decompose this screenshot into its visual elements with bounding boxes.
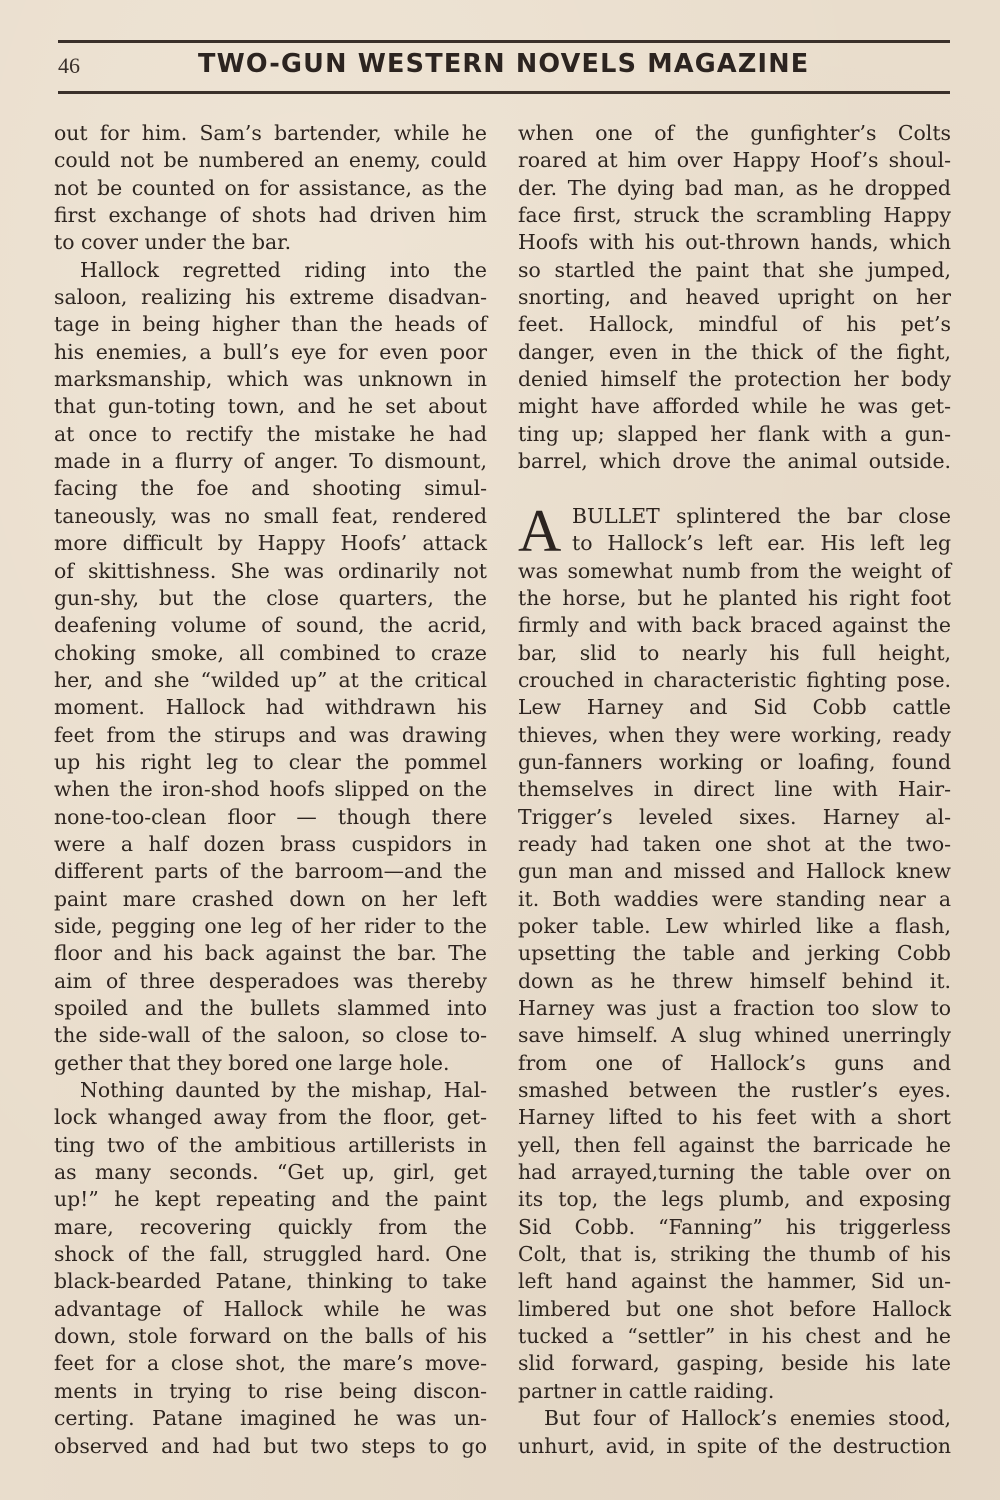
text-line: Colt, that is, striking the thumb of his <box>518 1241 951 1268</box>
text-line: smashed between the rustler’s eyes. <box>518 1077 951 1104</box>
text-line: the horse, but he planted his right foot <box>518 585 951 612</box>
text-line: barrel, which drove the animal outside. <box>518 448 951 475</box>
text-line: saloon, realizing his extreme disadvan- <box>54 284 487 311</box>
text-line: moment. Hallock had withdrawn his <box>54 694 487 721</box>
text-line: Trigger’s leveled sixes. Harney al- <box>518 804 951 831</box>
text-line: slid forward, gasping, beside his late <box>518 1350 951 1377</box>
text-line: yell, then fell against the barricade he <box>518 1132 951 1159</box>
text-line: upsetting the table and jerking Cobb <box>518 940 951 967</box>
text-line: at once to rectify the mistake he had <box>54 421 487 448</box>
page-number: 46 <box>58 53 80 79</box>
text-line: taneously, was no small feat, rendered <box>54 503 487 530</box>
text-line: to Hallock’s left ear. His left leg <box>518 530 951 557</box>
text-line: feet from the stirups and was drawing <box>54 722 487 749</box>
text-line: gun-shy, but the close quarters, the <box>54 585 487 612</box>
left-column: out for him. Sam’s bartender, while he c… <box>54 120 487 1460</box>
text-line: themselves in direct line with Hair- <box>518 776 951 803</box>
text-line: could not be numbered an enemy, could <box>54 147 487 174</box>
text-line: so startled the paint that she jumped, <box>518 257 951 284</box>
text-line: of skittishness. She was ordinarily not <box>54 558 487 585</box>
text-line: unhurt, avid, in spite of the destructio… <box>518 1433 951 1460</box>
text-line: snorting, and heaved upright on her <box>518 284 951 311</box>
text-line: tage in being higher than the heads of <box>54 311 487 338</box>
text-line: paint mare crashed down on her left <box>54 886 487 913</box>
text-line: gether that they bored one large hole. <box>54 1050 487 1077</box>
text-line: up!” he kept repeating and the paint <box>54 1186 487 1213</box>
text-line: feet for a close shot, the mare’s move- <box>54 1350 487 1377</box>
text-line: side, pegging one leg of her rider to th… <box>54 913 487 940</box>
text-line: black-bearded Patane, thinking to take <box>54 1268 487 1295</box>
text-line: spoiled and the bullets slammed into <box>54 995 487 1022</box>
header-bottom-rule <box>58 91 950 94</box>
text-line: floor and his back against the bar. The <box>54 940 487 967</box>
text-line: crouched in characteristic fighting pose… <box>518 667 951 694</box>
text-line: deafening volume of sound, the acrid, <box>54 612 487 639</box>
magazine-title: TWO-GUN WESTERN NOVELS MAGAZINE <box>198 49 809 79</box>
text-line: first exchange of shots had driven him <box>54 202 487 229</box>
text-line: its top, the legs plumb, and exposing <box>518 1186 951 1213</box>
text-line: mare, recovering quickly from the <box>54 1214 487 1241</box>
text-line: was somewhat numb from the weight of <box>518 558 951 585</box>
text-line: his enemies, a bull’s eye for even poor <box>54 339 487 366</box>
text-line: when the iron-shod hoofs slipped on the <box>54 776 487 803</box>
running-header: 46 TWO-GUN WESTERN NOVELS MAGAZINE <box>58 47 950 87</box>
text-line: facing the foe and shooting simul- <box>54 475 487 502</box>
text-line: were a half dozen brass cuspidors in <box>54 831 487 858</box>
section-break <box>518 475 951 502</box>
paragraph-start: Nothing daunted by the mishap, Hal- <box>54 1077 487 1104</box>
text-line: limbered but one shot before Hallock <box>518 1296 951 1323</box>
text-line: partner in cattle raiding. <box>518 1378 951 1405</box>
text-line: observed and had but two steps to go <box>54 1433 487 1460</box>
text-line: it. Both waddies were standing near a <box>518 886 951 913</box>
text-line: bar, slid to nearly his full height, <box>518 640 951 667</box>
text-line: ting two of the ambitious artillerists i… <box>54 1132 487 1159</box>
text-line: tucked a “settler” in his chest and he <box>518 1323 951 1350</box>
right-column: when one of the gunfighter’s Colts roare… <box>518 120 951 1460</box>
text-line: Hoofs with his out-thrown hands, which <box>518 229 951 256</box>
text-line: marksmanship, which was unknown in <box>54 366 487 393</box>
text-line: firmly and with back braced against the <box>518 612 951 639</box>
text-line: none-too-clean floor — though there <box>54 804 487 831</box>
text-line: the side-wall of the saloon, so close to… <box>54 1022 487 1049</box>
text-line: gun-fanners working or loafing, found <box>518 749 951 776</box>
text-line: Harney was just a fraction too slow to <box>518 995 951 1022</box>
text-line: more difficult by Happy Hoofs’ attack <box>54 530 487 557</box>
text-line: made in a flurry of anger. To dismount, <box>54 448 487 475</box>
text-line: Lew Harney and Sid Cobb cattle <box>518 694 951 721</box>
text-line: down as he threw himself behind it. <box>518 968 951 995</box>
text-line: had arrayed,turning the table over on <box>518 1159 951 1186</box>
text-line: certing. Patane imagined he was un- <box>54 1405 487 1432</box>
paragraph-start: Hallock regretted riding into the <box>54 257 487 284</box>
text-line: shock of the fall, struggled hard. One <box>54 1241 487 1268</box>
text-line: poker table. Lew whirled like a flash, <box>518 913 951 940</box>
text-line: her, and she “wilded up” at the critical <box>54 667 487 694</box>
text-line: gun man and missed and Hallock knew <box>518 858 951 885</box>
header-top-rule <box>58 40 950 43</box>
text-line: might have afforded while he was get- <box>518 393 951 420</box>
text-line: ments in trying to rise being discon- <box>54 1378 487 1405</box>
text-line: ting up; slapped her flank with a gun- <box>518 421 951 448</box>
text-line: feet. Hallock, mindful of his pet’s <box>518 311 951 338</box>
text-line: BULLET splintered the bar close <box>572 504 951 528</box>
text-line: ready had taken one shot at the two- <box>518 831 951 858</box>
text-line: Harney lifted to his feet with a short <box>518 1104 951 1131</box>
text-line: aim of three desperadoes was thereby <box>54 968 487 995</box>
text-line: as many seconds. “Get up, girl, get <box>54 1159 487 1186</box>
text-line: when one of the gunfighter’s Colts <box>518 120 951 147</box>
text-line: from one of Hallock’s guns and <box>518 1050 951 1077</box>
text-line: not be counted on for assistance, as the <box>54 175 487 202</box>
text-line: that gun-toting town, and he set about <box>54 393 487 420</box>
magazine-page: 46 TWO-GUN WESTERN NOVELS MAGAZINE out f… <box>0 0 1000 1500</box>
text-line: face first, struck the scrambling Happy <box>518 202 951 229</box>
text-line: lock whanged away from the floor, get- <box>54 1104 487 1131</box>
text-line: denied himself the protection her body <box>518 366 951 393</box>
text-line: out for him. Sam’s bartender, while he <box>54 120 487 147</box>
text-line: danger, even in the thick of the fight, <box>518 339 951 366</box>
text-line: different parts of the barroom—and the <box>54 858 487 885</box>
text-line: der. The dying bad man, as he dropped <box>518 175 951 202</box>
text-line: save himself. A slug whined unerringly <box>518 1022 951 1049</box>
text-line: thieves, when they were working, ready <box>518 722 951 749</box>
text-line: Sid Cobb. “Fanning” his triggerless <box>518 1214 951 1241</box>
section-opening-line: A BULLET splintered the bar close <box>518 503 951 530</box>
text-line: advantage of Hallock while he was <box>54 1296 487 1323</box>
text-line: roared at him over Happy Hoof’s shoul- <box>518 147 951 174</box>
text-line: choking smoke, all combined to craze <box>54 640 487 667</box>
paragraph-start: But four of Hallock’s enemies stood, <box>518 1405 951 1432</box>
text-line: to cover under the bar. <box>54 229 487 256</box>
text-line: down, stole forward on the balls of his <box>54 1323 487 1350</box>
text-line: up his right leg to clear the pommel <box>54 749 487 776</box>
text-line: left hand against the hammer, Sid un- <box>518 1268 951 1295</box>
